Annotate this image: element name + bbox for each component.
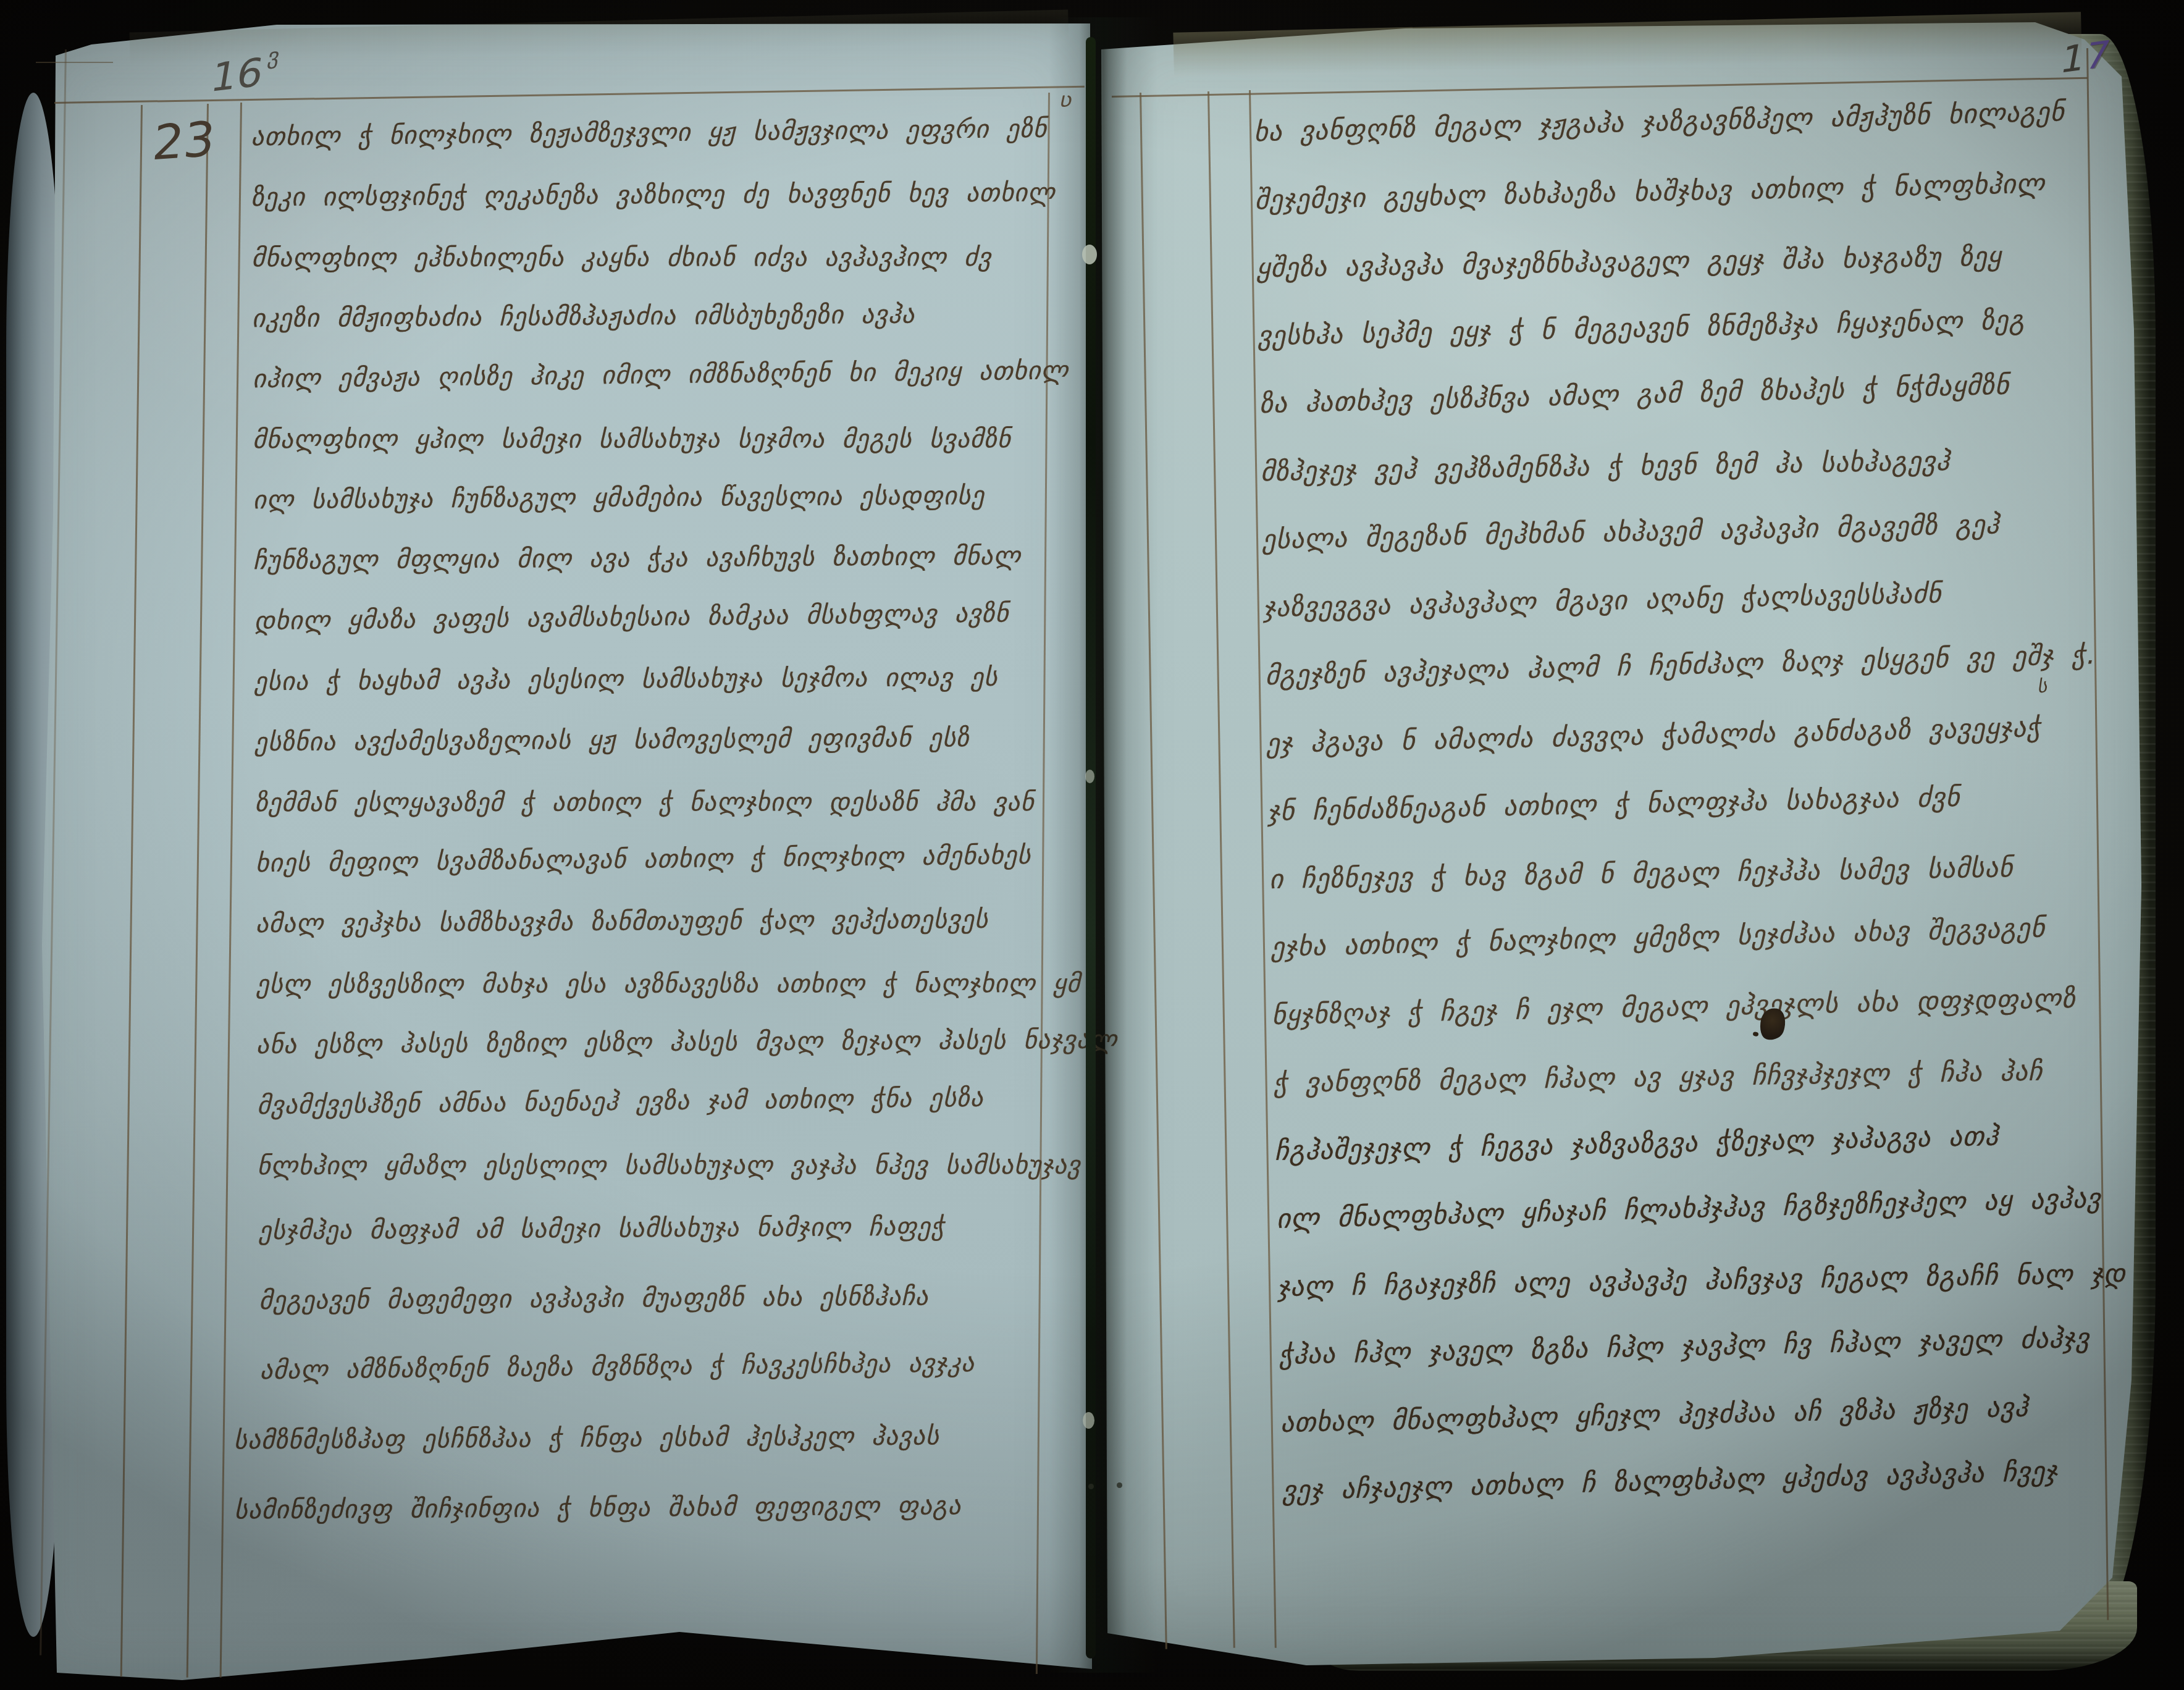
handwritten-line: ჩუნზაგულ მფლყია მილ ავა ჭკა ავაჩხუვს ზათ… (248, 525, 1123, 591)
handwritten-line: ათხილ ჭ ნილჯხილ ზეჟამზეჯვლი ყჟ სამჟვჯილა… (245, 98, 1122, 167)
handwritten-line: მნალფხილ ეჰნახილენა კაყნა ძხიან იძვა ავჰ… (246, 227, 1120, 288)
handwritten-line: მნალფხილ ყჰილ სამეჯი სამსახუჯა სეჯმოა მე… (247, 408, 1121, 469)
handwritten-line: იკეზი მმჟიფხაძია ჩესამზჰაჟაძია იმსბუხეზე… (246, 283, 1121, 349)
handwritten-line: ზემმან ესლყავაზემ ჭ ათხილ ჭ ნალჯხილ დესა… (250, 771, 1123, 833)
handwritten-line: ანა ესზლ ჰასეს ზეზილ ესზლ ჰასეს მვალ ზეჯ… (251, 1009, 1125, 1075)
handwritten-line: ესია ჭ ხაყხამ ავჰა ესესილ სამსახუჯა სეჯმ… (249, 646, 1123, 712)
handwritten-line: ნლხჰილ ყმაზლ ესესლილ სამსახუჯალ ვაჯჰა ნჰ… (252, 1135, 1126, 1196)
entry-number: 23 (150, 112, 218, 172)
handwritten-line: ილ სამსახუჯა ჩუნზაგულ ყმამებია წავესლია … (248, 465, 1122, 531)
handwritten-line: იჰილ ემვაჟა ღისზე ჰიკე იმილ იმზნაზღნენ ხ… (247, 340, 1123, 410)
handwritten-line: დხილ ყმაზა ვაფეს ავამსახესაია ზამკაა მსა… (248, 582, 1125, 652)
page-number-left: 16ვ (208, 43, 282, 101)
handwritten-line: მვამქვესჰზენ ამნაა ნაენაეჰ ევზა ჯამ ათხი… (251, 1066, 1128, 1135)
handwritten-line: სამზნმესზჰაფ ესჩნზჰაა ჭ ჩნფა ესხამ ჰესჰკ… (227, 1400, 1130, 1476)
binding-thread-knot (1082, 245, 1097, 264)
handwritten-line: ხიეს მეფილ სვამზანალავან ათხილ ჭ ნილჯხილ… (250, 824, 1127, 894)
handwritten-line: ამალ ვეჰჯხა სამზხავჯმა ზანმთაუფენ ჭალ ვე… (250, 888, 1125, 954)
handwritten-line: სამინზეძივფ შიჩჯინფია ჭ ხნფა შახამ ფეფიგ… (228, 1470, 1131, 1545)
left-page-handwriting: ათხილ ჭ ნილჯხილ ზეჟამზეჯვლი ყჟ სამჟვჯილა… (245, 101, 1115, 1545)
page-number-left-value: 16 (208, 50, 267, 101)
handwritten-line: ზეკი ილსფჯინეჭ ღეკანეზა ვაზხილე ძე ხავფნ… (246, 162, 1120, 228)
handwritten-line: ესჯმჰეა მაფჯამ ამ სამეჯი სამსახუჯა ნამჯი… (252, 1191, 1129, 1266)
stitch-hole (1117, 1482, 1122, 1488)
stitch-hole (1088, 1484, 1094, 1489)
handwritten-line: ესზნია ავქამესვაზელიას ყჟ სამოვესლემ ეფი… (249, 707, 1123, 773)
binding-thread-knot (1083, 1412, 1094, 1429)
manuscript-photo: 16ვ 23 17 ʋ ს ათხილ ჭ ნილჯხილ ზეჟამზეჯვლ… (0, 0, 2184, 1690)
left-corner-rule-dash (36, 62, 113, 63)
binding-thread-knot (1085, 770, 1094, 783)
handwritten-line: ესლ ესზვესზილ მახჯა ესა ავზნავესზა ათხილ… (251, 953, 1125, 1014)
page-number-right: 17 (2057, 33, 2114, 82)
handwritten-line: ამალ ამზნაზღნენ ზაეზა მვზნზღა ჭ ჩავკესჩხ… (253, 1326, 1132, 1405)
handwritten-line: მეგეავენ მაფემეფი ავჰავჰი მუაფეზნ ახა ეს… (253, 1261, 1130, 1336)
right-page-handwriting: ხა ვანფღნზ მეგალ ჯჟგაჰა ჯაზგავნზჰელ ამჟჰ… (1246, 81, 2125, 1525)
